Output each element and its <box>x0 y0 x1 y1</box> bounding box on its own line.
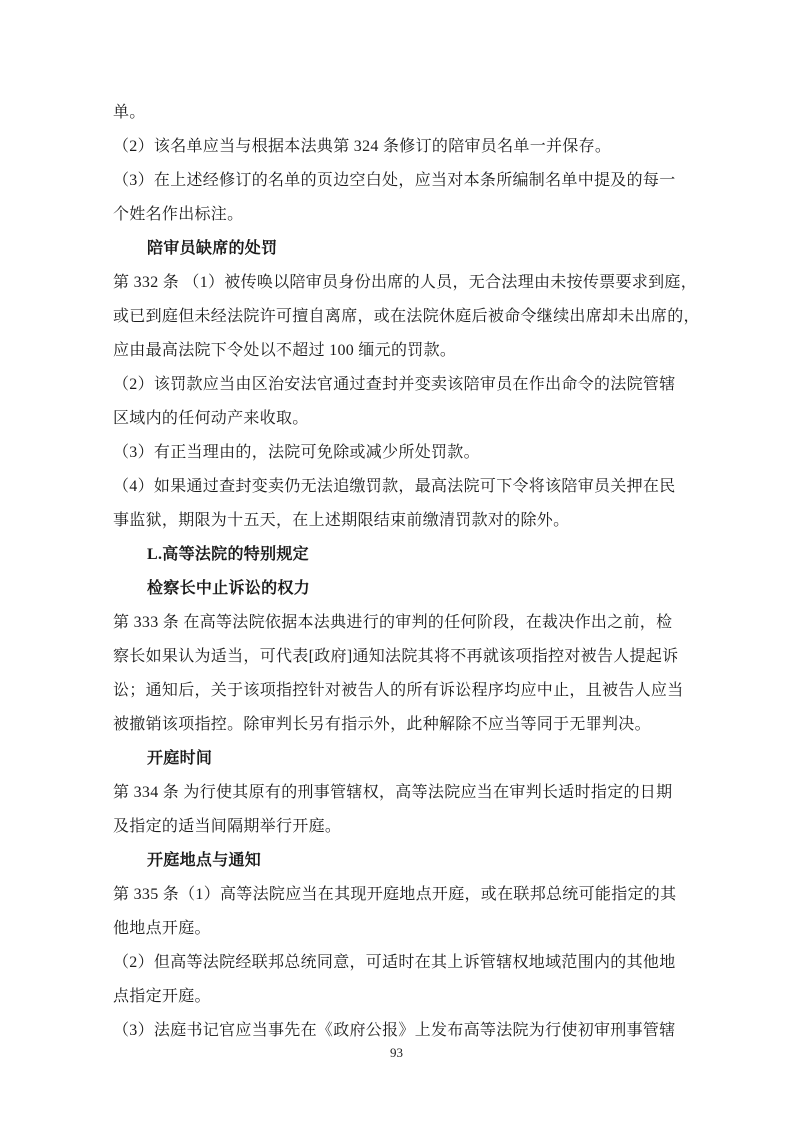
text-line: 第 333 条 在高等法院依据本法典进行的审判的任何阶段，在裁决作出之前，检 <box>113 606 685 640</box>
text-line: 第 332 条 （1）被传唤以陪审员身份出席的人员，无合法理由未按传票要求到庭， <box>113 266 685 300</box>
text-line: 点指定开庭。 <box>113 980 685 1014</box>
text-line: 察长如果认为适当，可代表[政府]通知法院其将不再就该项指控对被告人提起诉 <box>113 640 685 674</box>
text-line: 他地点开庭。 <box>113 912 685 946</box>
text-line: （4）如果通过查封变卖仍无法追缴罚款，最高法院可下令将该陪审员关押在民 <box>113 470 685 504</box>
section-heading: L.高等法院的特别规定 <box>113 538 685 572</box>
text-line: 第 334 条 为行使其原有的刑事管辖权，高等法院应当在审判长适时指定的日期 <box>113 776 685 810</box>
section-heading: 陪审员缺席的处罚 <box>113 232 685 266</box>
text-line: 事监狱，期限为十五天，在上述期限结束前缴清罚款对的除外。 <box>113 504 685 538</box>
text-line: 第 335 条（1）高等法院应当在其现开庭地点开庭，或在联邦总统可能指定的其 <box>113 878 685 912</box>
text-line: 单。 <box>113 96 685 130</box>
document-body: 单。 （2）该名单应当与根据本法典第 324 条修订的陪审员名单一并保存。 （3… <box>113 96 685 1048</box>
text-line: 个姓名作出标注。 <box>113 198 685 232</box>
text-line: 或已到庭但未经法院许可擅自离席，或在法院休庭后被命令继续出席却未出席的， <box>113 300 685 334</box>
page-number: 93 <box>0 1044 793 1062</box>
text-line: （2）但高等法院经联邦总统同意，可适时在其上诉管辖权地域范围内的其他地 <box>113 946 685 980</box>
section-heading: 开庭时间 <box>113 742 685 776</box>
section-heading: 检察长中止诉讼的权力 <box>113 572 685 606</box>
text-line: 区域内的任何动产来收取。 <box>113 402 685 436</box>
text-line: （3）有正当理由的，法院可免除或减少所处罚款。 <box>113 436 685 470</box>
text-line: （2）该罚款应当由区治安法官通过查封并变卖该陪审员在作出命令的法院管辖 <box>113 368 685 402</box>
text-line: 应由最高法院下令处以不超过 100 缅元的罚款。 <box>113 334 685 368</box>
text-line: （3）在上述经修订的名单的页边空白处，应当对本条所编制名单中提及的每一 <box>113 164 685 198</box>
text-line: 被撤销该项指控。除审判长另有指示外，此种解除不应当等同于无罪判决。 <box>113 708 685 742</box>
document-page: 单。 （2）该名单应当与根据本法典第 324 条修订的陪审员名单一并保存。 （3… <box>0 0 793 1122</box>
text-line: （2）该名单应当与根据本法典第 324 条修订的陪审员名单一并保存。 <box>113 130 685 164</box>
text-line: 讼；通知后，关于该项指控针对被告人的所有诉讼程序均应中止，且被告人应当 <box>113 674 685 708</box>
section-heading: 开庭地点与通知 <box>113 844 685 878</box>
text-line: （3）法庭书记官应当事先在《政府公报》上发布高等法院为行使初审刑事管辖 <box>113 1014 685 1048</box>
text-line: 及指定的适当间隔期举行开庭。 <box>113 810 685 844</box>
